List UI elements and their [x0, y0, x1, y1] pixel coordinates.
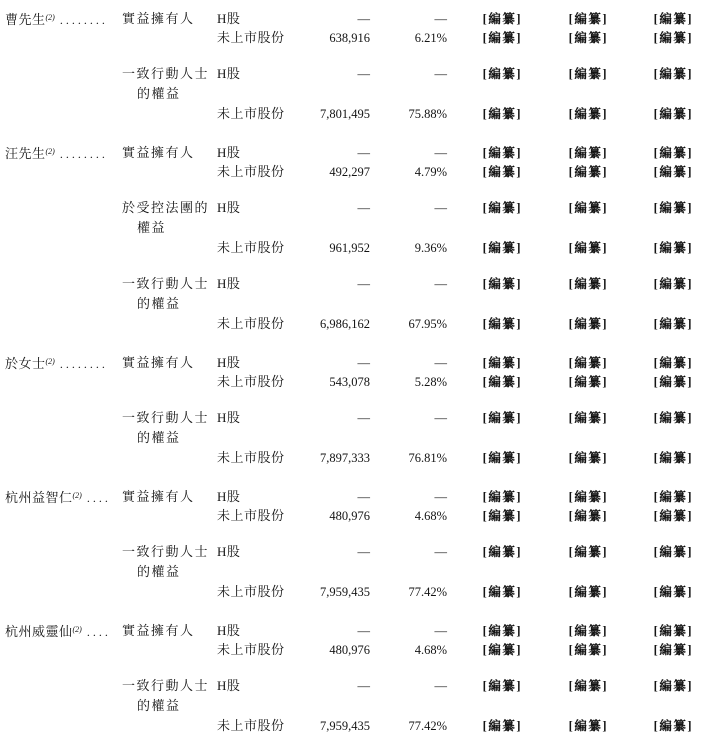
shares-value: —	[285, 408, 370, 428]
redacted-placeholder: [編纂]	[447, 372, 522, 392]
share-class-label: H股	[217, 274, 285, 294]
capacity-block: 一致行動人士H股——[編纂][編纂][編纂]的權益未上市股份7,801,4957…	[5, 64, 705, 124]
redacted-placeholder: [編纂]	[608, 198, 693, 218]
redacted-placeholder: [編纂]	[447, 9, 522, 29]
redacted-placeholder: [編纂]	[608, 716, 693, 736]
share-class-label: 未上市股份	[217, 506, 285, 526]
shareholder-section: 杭州威靈仙(2)....實益擁有人H股——[編纂][編纂][編纂]未上市股份48…	[5, 620, 705, 736]
leader-dots: ........	[60, 147, 108, 161]
table-row: 曹先生(2)........實益擁有人H股——[編纂][編纂][編纂]	[5, 8, 705, 28]
shares-value: 7,897,333	[285, 448, 370, 468]
percent-value: 76.81%	[370, 448, 447, 468]
capacity-block: 一致行動人士H股——[編纂][編纂][編纂]的權益未上市股份7,897,3337…	[5, 408, 705, 468]
table-row: 未上市股份638,9166.21%[編纂][編纂][編纂]	[5, 28, 705, 48]
redacted-placeholder: [編纂]	[447, 716, 522, 736]
percent-value: —	[370, 542, 447, 562]
prospectus-page: { "table": { "redacted_label": "[編纂]", "…	[0, 0, 705, 753]
percent-value: 9.36%	[370, 238, 447, 258]
percent-value: 77.42%	[370, 582, 447, 602]
redacted-placeholder: [編纂]	[608, 542, 693, 562]
leader-dots: ........	[60, 13, 108, 27]
share-class-label: H股	[217, 487, 285, 507]
redacted-placeholder: [編纂]	[608, 582, 693, 602]
shareholder-name: 曹先生	[5, 12, 46, 27]
capacity-label: 實益擁有人	[122, 353, 217, 373]
footnote-reference: (2)	[46, 13, 55, 22]
share-class-label: 未上市股份	[217, 448, 285, 468]
shares-value: 480,976	[285, 506, 370, 526]
redacted-placeholder: [編纂]	[522, 353, 608, 373]
percent-value: 4.68%	[370, 640, 447, 660]
capacity-label: 一致行動人士	[122, 274, 217, 294]
table-row: 的權益	[5, 84, 705, 104]
redacted-placeholder: [編纂]	[522, 162, 608, 182]
footnote-reference: (2)	[46, 357, 55, 366]
table-row: 未上市股份7,959,43577.42%[編纂][編纂][編纂]	[5, 716, 705, 736]
redacted-placeholder: [編纂]	[447, 198, 522, 218]
capacity-block: 一致行動人士H股——[編纂][編纂][編纂]的權益未上市股份7,959,4357…	[5, 542, 705, 602]
redacted-placeholder: [編纂]	[522, 9, 608, 29]
capacity-label: 一致行動人士	[122, 542, 217, 562]
shares-value: —	[285, 64, 370, 84]
percent-value: —	[370, 64, 447, 84]
redacted-placeholder: [編纂]	[608, 274, 693, 294]
share-class-label: H股	[217, 408, 285, 428]
shares-value: 638,916	[285, 28, 370, 48]
table-row: 的權益	[5, 294, 705, 314]
redacted-placeholder: [編纂]	[522, 143, 608, 163]
redacted-placeholder: [編纂]	[522, 582, 608, 602]
capacity-label: 實益擁有人	[122, 143, 217, 163]
redacted-placeholder: [編纂]	[447, 408, 522, 428]
redacted-placeholder: [編纂]	[608, 28, 693, 48]
redacted-placeholder: [編纂]	[608, 640, 693, 660]
shareholder-name: 杭州威靈仙	[5, 624, 73, 639]
redacted-placeholder: [編纂]	[608, 372, 693, 392]
redacted-placeholder: [編纂]	[522, 542, 608, 562]
capacity-block: 於女士(2)........實益擁有人H股——[編纂][編纂][編纂]未上市股份…	[5, 352, 705, 392]
percent-value: 67.95%	[370, 314, 447, 334]
table-row: 一致行動人士H股——[編纂][編纂][編纂]	[5, 64, 705, 84]
percent-value: —	[370, 676, 447, 696]
share-class-label: H股	[217, 143, 285, 163]
capacity-label: 一致行動人士	[122, 676, 217, 696]
redacted-placeholder: [編纂]	[608, 162, 693, 182]
table-row: 一致行動人士H股——[編纂][編纂][編纂]	[5, 542, 705, 562]
table-row: 未上市股份7,897,33376.81%[編纂][編纂][編纂]	[5, 448, 705, 468]
table-row: 未上市股份480,9764.68%[編纂][編纂][編纂]	[5, 640, 705, 660]
table-row: 杭州威靈仙(2)....實益擁有人H股——[編纂][編纂][編纂]	[5, 620, 705, 640]
redacted-placeholder: [編纂]	[522, 314, 608, 334]
share-class-label: 未上市股份	[217, 28, 285, 48]
shares-value: —	[285, 542, 370, 562]
table-row: 未上市股份7,959,43577.42%[編纂][編纂][編纂]	[5, 582, 705, 602]
redacted-placeholder: [編纂]	[447, 64, 522, 84]
shareholder-name-cell: 杭州益智仁(2)....	[5, 486, 122, 508]
shareholder-name: 於女士	[5, 356, 46, 371]
redacted-placeholder: [編纂]	[608, 448, 693, 468]
shares-value: —	[285, 143, 370, 163]
table-row: 汪先生(2)........實益擁有人H股——[編纂][編纂][編纂]	[5, 142, 705, 162]
redacted-placeholder: [編纂]	[608, 104, 693, 124]
share-class-label: H股	[217, 676, 285, 696]
shares-value: —	[285, 676, 370, 696]
redacted-placeholder: [編纂]	[608, 487, 693, 507]
share-class-label: 未上市股份	[217, 582, 285, 602]
percent-value: —	[370, 408, 447, 428]
shares-value: —	[285, 353, 370, 373]
shares-value: 492,297	[285, 162, 370, 182]
redacted-placeholder: [編纂]	[608, 621, 693, 641]
shareholder-section: 杭州益智仁(2)....實益擁有人H股——[編纂][編纂][編纂]未上市股份48…	[5, 486, 705, 602]
capacity-label-continued: 的權益	[122, 84, 217, 104]
shareholder-section: 於女士(2)........實益擁有人H股——[編纂][編纂][編纂]未上市股份…	[5, 352, 705, 468]
shares-value: —	[285, 198, 370, 218]
redacted-placeholder: [編纂]	[447, 676, 522, 696]
percent-value: —	[370, 487, 447, 507]
redacted-placeholder: [編纂]	[447, 542, 522, 562]
share-class-label: 未上市股份	[217, 104, 285, 124]
shares-value: 961,952	[285, 238, 370, 258]
percent-value: 5.28%	[370, 372, 447, 392]
disclosure-of-interests-table: 曹先生(2)........實益擁有人H股——[編纂][編纂][編纂]未上市股份…	[0, 0, 705, 736]
share-class-label: 未上市股份	[217, 640, 285, 660]
percent-value: —	[370, 274, 447, 294]
table-row: 一致行動人士H股——[編纂][編纂][編纂]	[5, 408, 705, 428]
redacted-placeholder: [編纂]	[522, 238, 608, 258]
leader-dots: ....	[87, 625, 111, 639]
redacted-placeholder: [編纂]	[608, 314, 693, 334]
shares-value: 7,801,495	[285, 104, 370, 124]
redacted-placeholder: [編纂]	[447, 238, 522, 258]
redacted-placeholder: [編纂]	[608, 408, 693, 428]
redacted-placeholder: [編纂]	[522, 104, 608, 124]
redacted-placeholder: [編纂]	[447, 582, 522, 602]
footnote-reference: (2)	[46, 147, 55, 156]
redacted-placeholder: [編纂]	[447, 621, 522, 641]
shareholder-name-cell: 曹先生(2)........	[5, 8, 122, 30]
redacted-placeholder: [編纂]	[608, 64, 693, 84]
redacted-placeholder: [編纂]	[608, 506, 693, 526]
redacted-placeholder: [編纂]	[447, 487, 522, 507]
share-class-label: 未上市股份	[217, 716, 285, 736]
redacted-placeholder: [編纂]	[608, 676, 693, 696]
redacted-placeholder: [編纂]	[522, 448, 608, 468]
capacity-label: 一致行動人士	[122, 64, 217, 84]
percent-value: —	[370, 198, 447, 218]
table-row: 未上市股份480,9764.68%[編纂][編纂][編纂]	[5, 506, 705, 526]
shareholder-section: 曹先生(2)........實益擁有人H股——[編纂][編纂][編纂]未上市股份…	[5, 8, 705, 124]
redacted-placeholder: [編纂]	[522, 408, 608, 428]
redacted-placeholder: [編纂]	[522, 28, 608, 48]
footnote-reference: (2)	[73, 491, 82, 500]
share-class-label: 未上市股份	[217, 238, 285, 258]
capacity-label: 實益擁有人	[122, 487, 217, 507]
redacted-placeholder: [編纂]	[522, 487, 608, 507]
table-row: 未上市股份492,2974.79%[編纂][編纂][編纂]	[5, 162, 705, 182]
table-row: 於女士(2)........實益擁有人H股——[編纂][編纂][編纂]	[5, 352, 705, 372]
shares-value: —	[285, 9, 370, 29]
table-row: 未上市股份961,9529.36%[編纂][編纂][編纂]	[5, 238, 705, 258]
capacity-label: 實益擁有人	[122, 621, 217, 641]
table-row: 未上市股份543,0785.28%[編纂][編纂][編纂]	[5, 372, 705, 392]
shares-value: 7,959,435	[285, 716, 370, 736]
table-row: 的權益	[5, 428, 705, 448]
shareholder-name: 汪先生	[5, 146, 46, 161]
capacity-block: 曹先生(2)........實益擁有人H股——[編纂][編纂][編纂]未上市股份…	[5, 8, 705, 48]
capacity-label: 一致行動人士	[122, 408, 217, 428]
percent-value: —	[370, 9, 447, 29]
shares-value: —	[285, 274, 370, 294]
percent-value: —	[370, 621, 447, 641]
percent-value: 4.68%	[370, 506, 447, 526]
table-row: 於受控法團的H股——[編纂][編纂][編纂]	[5, 198, 705, 218]
share-class-label: H股	[217, 64, 285, 84]
share-class-label: 未上市股份	[217, 162, 285, 182]
table-row: 未上市股份7,801,49575.88%[編纂][編纂][編纂]	[5, 104, 705, 124]
redacted-placeholder: [編纂]	[447, 640, 522, 660]
capacity-block: 一致行動人士H股——[編纂][編纂][編纂]的權益未上市股份6,986,1626…	[5, 274, 705, 334]
percent-value: —	[370, 353, 447, 373]
redacted-placeholder: [編纂]	[447, 28, 522, 48]
redacted-placeholder: [編纂]	[608, 9, 693, 29]
capacity-label-continued: 權益	[122, 218, 217, 238]
shares-value: —	[285, 487, 370, 507]
table-row: 未上市股份6,986,16267.95%[編纂][編纂][編纂]	[5, 314, 705, 334]
redacted-placeholder: [編纂]	[447, 104, 522, 124]
redacted-placeholder: [編纂]	[522, 716, 608, 736]
shares-value: 480,976	[285, 640, 370, 660]
shareholder-section: 汪先生(2)........實益擁有人H股——[編纂][編纂][編纂]未上市股份…	[5, 142, 705, 334]
redacted-placeholder: [編纂]	[522, 640, 608, 660]
redacted-placeholder: [編纂]	[447, 143, 522, 163]
redacted-placeholder: [編纂]	[447, 506, 522, 526]
capacity-label: 實益擁有人	[122, 9, 217, 29]
share-class-label: 未上市股份	[217, 314, 285, 334]
share-class-label: H股	[217, 353, 285, 373]
leader-dots: ........	[60, 357, 108, 371]
share-class-label: H股	[217, 9, 285, 29]
leader-dots: ....	[87, 491, 111, 505]
capacity-block: 杭州益智仁(2)....實益擁有人H股——[編纂][編纂][編纂]未上市股份48…	[5, 486, 705, 526]
redacted-placeholder: [編纂]	[447, 162, 522, 182]
table-row: 杭州益智仁(2)....實益擁有人H股——[編纂][編纂][編纂]	[5, 486, 705, 506]
percent-value: 75.88%	[370, 104, 447, 124]
redacted-placeholder: [編纂]	[447, 353, 522, 373]
redacted-placeholder: [編纂]	[608, 353, 693, 373]
percent-value: 6.21%	[370, 28, 447, 48]
shares-value: 7,959,435	[285, 582, 370, 602]
shares-value: —	[285, 621, 370, 641]
shareholder-name-cell: 於女士(2)........	[5, 352, 122, 374]
percent-value: 4.79%	[370, 162, 447, 182]
capacity-block: 汪先生(2)........實益擁有人H股——[編纂][編纂][編纂]未上市股份…	[5, 142, 705, 182]
redacted-placeholder: [編纂]	[447, 448, 522, 468]
redacted-placeholder: [編纂]	[522, 274, 608, 294]
share-class-label: 未上市股份	[217, 372, 285, 392]
redacted-placeholder: [編纂]	[447, 314, 522, 334]
percent-value: —	[370, 143, 447, 163]
shareholder-name-cell: 汪先生(2)........	[5, 142, 122, 164]
redacted-placeholder: [編纂]	[522, 676, 608, 696]
share-class-label: H股	[217, 542, 285, 562]
redacted-placeholder: [編纂]	[608, 143, 693, 163]
redacted-placeholder: [編纂]	[447, 274, 522, 294]
capacity-label-continued: 的權益	[122, 428, 217, 448]
redacted-placeholder: [編纂]	[608, 238, 693, 258]
shareholder-name: 杭州益智仁	[5, 490, 73, 505]
footnote-reference: (2)	[73, 625, 82, 634]
redacted-placeholder: [編纂]	[522, 372, 608, 392]
capacity-block: 一致行動人士H股——[編纂][編纂][編纂]的權益未上市股份7,959,4357…	[5, 676, 705, 736]
share-class-label: H股	[217, 198, 285, 218]
capacity-label-continued: 的權益	[122, 294, 217, 314]
capacity-block: 杭州威靈仙(2)....實益擁有人H股——[編纂][編纂][編纂]未上市股份48…	[5, 620, 705, 660]
table-row: 一致行動人士H股——[編纂][編纂][編纂]	[5, 676, 705, 696]
capacity-label-continued: 的權益	[122, 696, 217, 716]
redacted-placeholder: [編纂]	[522, 64, 608, 84]
table-row: 的權益	[5, 696, 705, 716]
table-row: 的權益	[5, 562, 705, 582]
share-class-label: H股	[217, 621, 285, 641]
shares-value: 6,986,162	[285, 314, 370, 334]
redacted-placeholder: [編纂]	[522, 506, 608, 526]
capacity-label: 於受控法團的	[122, 198, 217, 218]
shareholder-name-cell: 杭州威靈仙(2)....	[5, 620, 122, 642]
percent-value: 77.42%	[370, 716, 447, 736]
table-row: 權益	[5, 218, 705, 238]
table-row: 一致行動人士H股——[編纂][編纂][編纂]	[5, 274, 705, 294]
capacity-label-continued: 的權益	[122, 562, 217, 582]
redacted-placeholder: [編纂]	[522, 198, 608, 218]
shares-value: 543,078	[285, 372, 370, 392]
redacted-placeholder: [編纂]	[522, 621, 608, 641]
capacity-block: 於受控法團的H股——[編纂][編纂][編纂]權益未上市股份961,9529.36…	[5, 198, 705, 258]
